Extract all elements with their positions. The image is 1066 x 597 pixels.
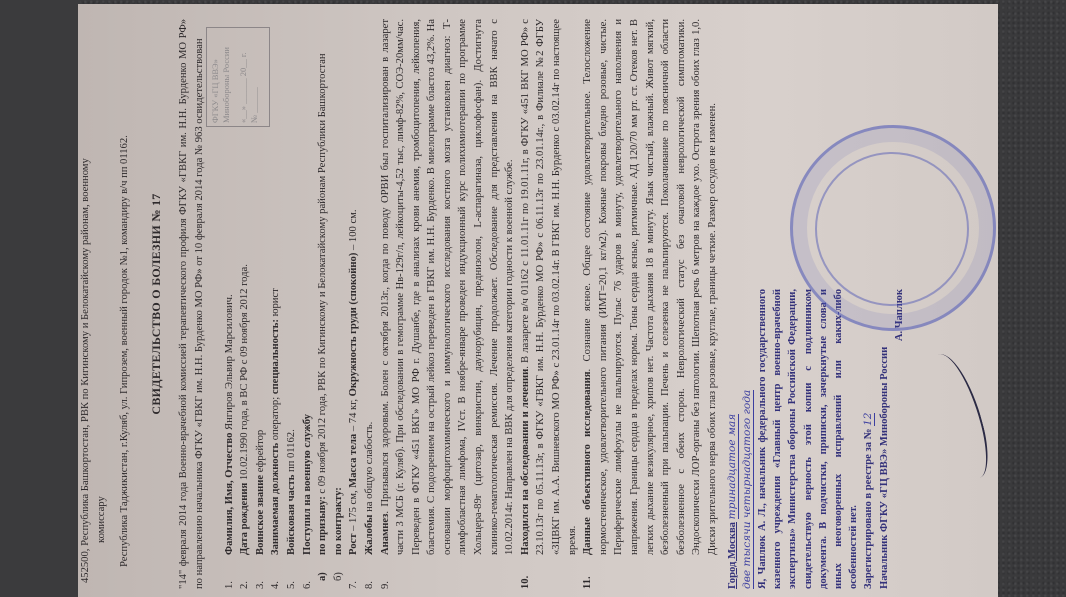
- medical-data-list: 7.Рост – 175 см, Масса тела – 74 кг, Окр…: [346, 19, 720, 589]
- notary-certification: Город Москва тринадцатое мая две тысячи …: [725, 289, 907, 589]
- handwritten-year: две тысячи четырнадцатого года: [741, 390, 754, 589]
- chief-title: Начальник ФГКУ «ГЦ ВВЭ» Минобороны Росси…: [877, 289, 892, 589]
- service-entry-a: а) по призыву: с 09 ноября 2012 года, РВ…: [315, 19, 331, 589]
- registration-stamp-box: ФГКУ «ГЦ ВВЭ» Минобороны России «__» ___…: [206, 27, 270, 127]
- list-item: 5.Войсковая часть пп 01162.: [284, 19, 300, 589]
- chief-name: А. Чаплюк: [892, 289, 907, 589]
- list-item: 4.Занимаемая должность оператор; специал…: [268, 19, 284, 589]
- addressee-block: 452500, Республика Башкортостан, РВК по …: [78, 19, 133, 589]
- signature: [922, 348, 996, 484]
- document-title: СВИДЕТЕЛЬСТВО О БОЛЕЗНИ № 17: [149, 19, 165, 589]
- service-entry-b: б) по контракту:: [331, 19, 347, 589]
- intro-paragraph: "14" февраля 2014 года Военно-врачебной …: [176, 19, 207, 589]
- address-line: 452500, Республика Башкортостан, РВК по …: [78, 19, 94, 583]
- address-line: Республика Таджикистан, г.Куляб, ул. Гип…: [117, 19, 133, 583]
- list-item: 6.Поступил на военную службу: [300, 19, 316, 589]
- background-carpet-left: [0, 0, 80, 597]
- list-item: 8.Жалобы на общую слабость.: [362, 19, 378, 589]
- list-item: 10.Находился на обследовании и лечении. …: [518, 19, 580, 589]
- list-item: 9.Анамнез. Призывался здоровым. Болен с …: [378, 19, 518, 589]
- address-line: комиссару: [94, 19, 110, 583]
- handwritten-date: тринадцатое мая: [726, 414, 739, 520]
- official-seal-inner-ring: [815, 152, 969, 306]
- list-item: 11.Данные объективного исследования. Соз…: [580, 19, 720, 589]
- document-page: Исх. 88 17.02.2014 452500, Республика Ба…: [78, 4, 998, 597]
- list-item: 7.Рост – 175 см, Масса тела – 74 кг, Окр…: [346, 19, 362, 589]
- certification-text: Я, Чаплюк А. Л., начальник федерального …: [755, 289, 861, 589]
